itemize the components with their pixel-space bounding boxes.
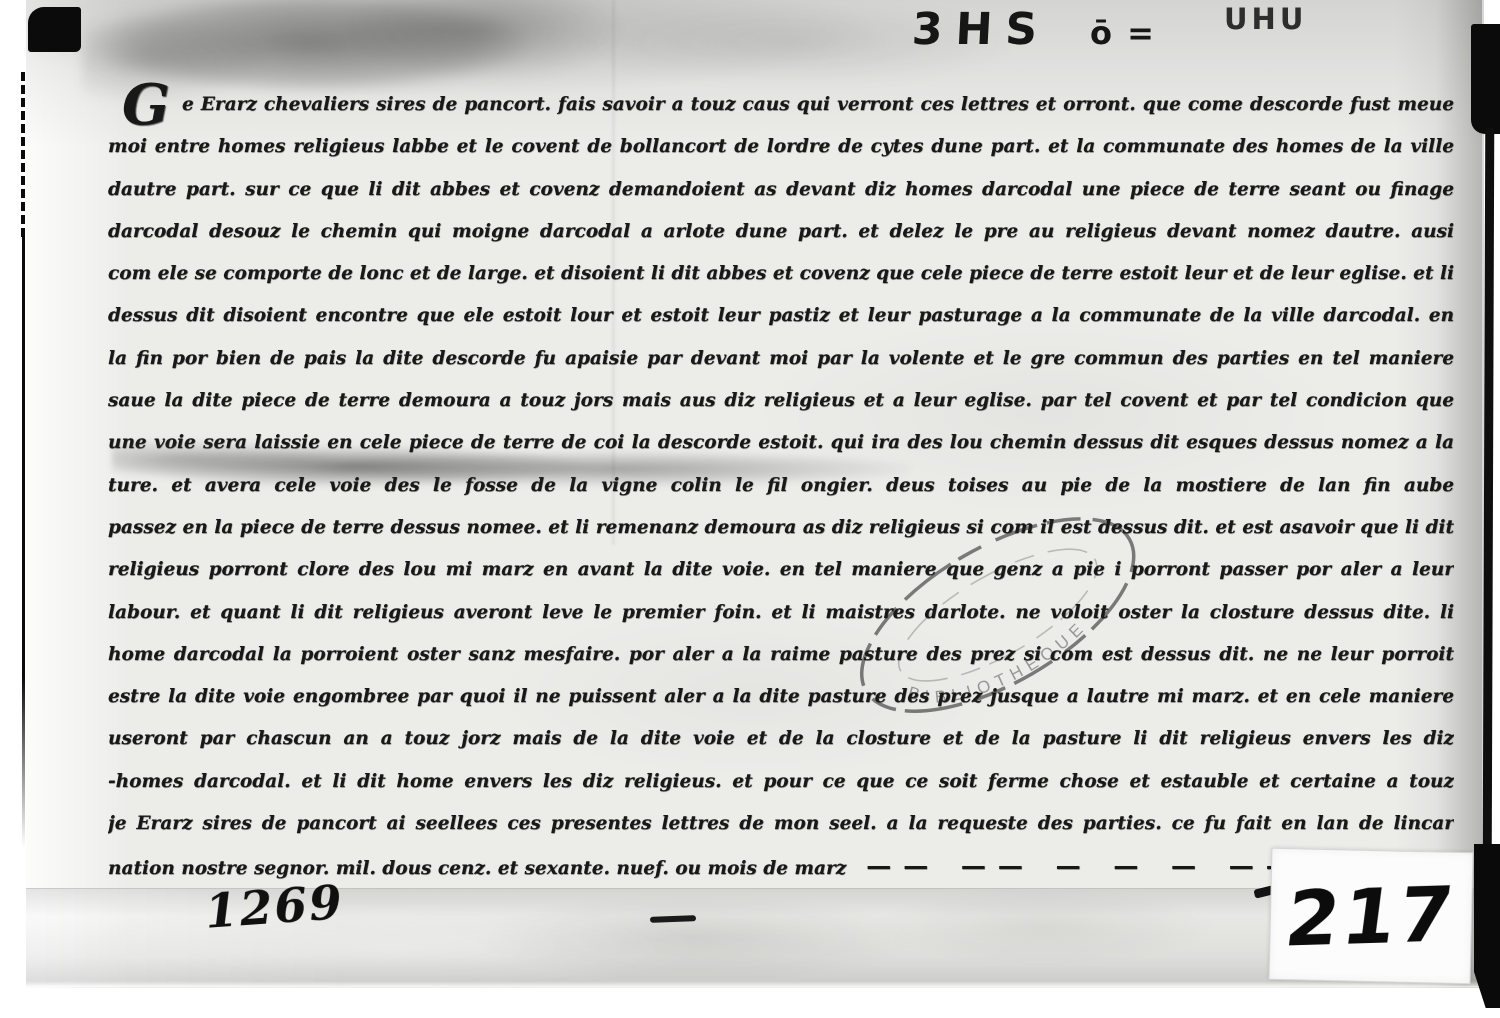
offset-ink-mark: UHU bbox=[1224, 2, 1307, 32]
photo-frame: 3HS ō = UHU G e Erarz chevaliers sires d… bbox=[0, 0, 1500, 1018]
catalog-label: 217 bbox=[1269, 848, 1474, 985]
manuscript-line: la fin por bien de pais la dite descorde… bbox=[108, 338, 1454, 380]
manuscript-line: saue la dite piece de terre demoura a to… bbox=[108, 380, 1454, 422]
date-annotation: 1269 bbox=[203, 875, 345, 940]
film-corner-top-right bbox=[1471, 24, 1500, 134]
ink-mark-secondary: ō = bbox=[1090, 14, 1156, 52]
end-dashes: —— —— — — — —— bbox=[866, 851, 1303, 880]
manuscript-line: passez en la piece de terre dessus nomee… bbox=[108, 507, 1454, 549]
manuscript-line: useront par chascun an a touz jorz mais … bbox=[108, 718, 1454, 760]
manuscript-line: estre la dite voie engombree par quoi il… bbox=[108, 676, 1454, 718]
manuscript-line-text: nation nostre segnor. mil. dous cenz. et… bbox=[108, 858, 846, 879]
catalog-number: 217 bbox=[1281, 869, 1461, 963]
manuscript-line: moi entre homes religieus labbe et le co… bbox=[108, 126, 1454, 168]
shelf-mark: 3HS bbox=[911, 4, 1052, 55]
film-edge-left-dashed bbox=[21, 72, 25, 237]
manuscript-line: labour. et quant li dit religieus averon… bbox=[108, 592, 1454, 634]
ink-smudge bbox=[112, 434, 912, 490]
film-corner-top-left bbox=[28, 7, 81, 52]
manuscript-line: -homes darcodal. et li dit home envers l… bbox=[108, 761, 1454, 803]
manuscript-line: dessus dit disoient encontre que ele est… bbox=[108, 295, 1454, 337]
manuscript-line: religieus porront clore des lou mi marz … bbox=[108, 549, 1454, 591]
film-edge-left bbox=[22, 236, 25, 848]
manuscript-line: home darcodal la porroient oster sanz me… bbox=[108, 634, 1454, 676]
manuscript-line: je Erarz sires de pancort ai seellees ce… bbox=[108, 803, 1454, 845]
manuscript-line: e Erarz chevaliers sires de pancort. fai… bbox=[108, 84, 1454, 126]
manuscript-line: darcodal desouz le chemin qui moigne dar… bbox=[108, 211, 1454, 253]
manuscript-line: com ele se comporte de lonc et de large.… bbox=[108, 253, 1454, 295]
film-edge-right bbox=[1483, 128, 1495, 850]
drop-cap: G bbox=[122, 77, 170, 133]
manuscript-line: dautre part. sur ce que li dit abbes et … bbox=[108, 169, 1454, 211]
film-edge-right-bottom bbox=[1474, 844, 1500, 1008]
